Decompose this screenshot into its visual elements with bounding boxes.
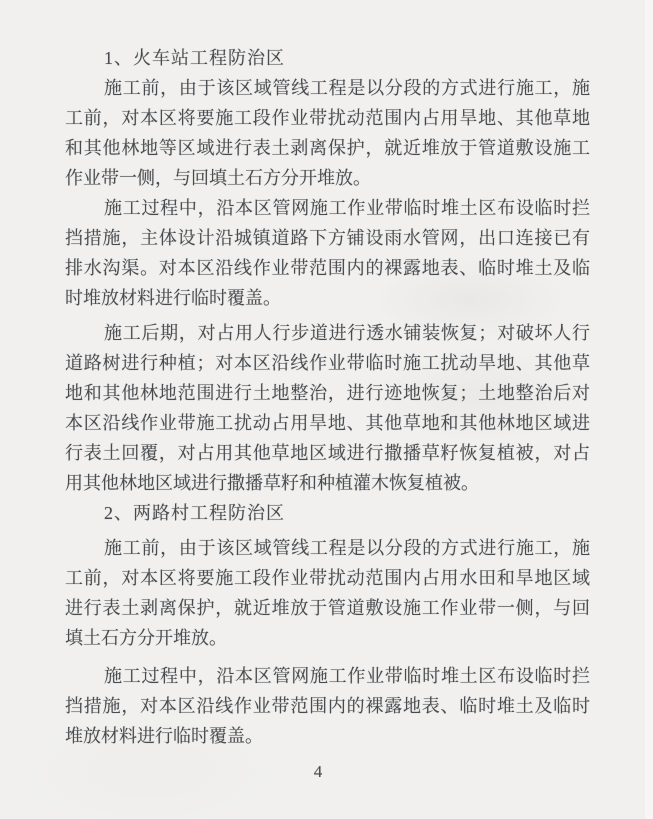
text-line: 堆放材料进行临时覆盖。 [65, 721, 590, 751]
document-page: 1、火车站工程防治区 施工前，由于该区域管线工程是以分段的方式进行施工，施 工前… [0, 0, 653, 819]
text-line: 施工过程中，沿本区管网施工作业带临时堆土区布设临时拦 [65, 661, 590, 691]
scan-edge-strip [645, 0, 653, 819]
text-line: 用其他林地区域进行撒播草籽和种植灌木恢复植被。 [65, 468, 590, 498]
section-heading-2: 2、两路村工程防治区 [65, 498, 590, 528]
text-line: 时堆放材料进行临时覆盖。 [65, 283, 590, 313]
text-line: 施工后期，对占用人行步道进行透水铺装恢复；对破坏人行 [65, 318, 590, 348]
text-line: 本区沿线作业带施工扰动占用旱地、其他草地和其他林地区域进 [65, 408, 590, 438]
text-line: 填土石方分开堆放。 [65, 623, 590, 653]
text-line: 工前，对本区将要施工段作业带扰动范围内占用水田和旱地区域 [65, 563, 590, 593]
text-line: 作业带一侧，与回填土石方分开堆放。 [65, 163, 590, 193]
text-line: 施工前，由于该区域管线工程是以分段的方式进行施工，施 [65, 533, 590, 563]
text-line: 工前，对本区将要施工段作业带扰动范围内占用旱地、其他草地 [65, 103, 590, 133]
paragraph: 施工过程中，沿本区管网施工作业带临时堆土区布设临时拦 挡措施，主体设计沿城镇道路… [65, 193, 590, 313]
text-line: 施工前，由于该区域管线工程是以分段的方式进行施工，施 [65, 73, 590, 103]
paragraph: 施工前，由于该区域管线工程是以分段的方式进行施工，施 工前，对本区将要施工段作业… [65, 533, 590, 653]
text-line: 地和其他林地范围进行土地整治，进行迹地恢复；土地整治后对 [65, 378, 590, 408]
page-number: 4 [0, 762, 636, 782]
paragraph: 施工前，由于该区域管线工程是以分段的方式进行施工，施 工前，对本区将要施工段作业… [65, 73, 590, 193]
paragraph: 施工后期，对占用人行步道进行透水铺装恢复；对破坏人行 道路树进行种植；对本区沿线… [65, 318, 590, 498]
text-line: 进行表土剥离保护，就近堆放于管道敷设施工作业带一侧，与回 [65, 593, 590, 623]
text-line: 挡措施，对本区沿线作业带范围内的裸露地表、临时堆土及临时 [65, 691, 590, 721]
text-line: 施工过程中，沿本区管网施工作业带临时堆土区布设临时拦 [65, 193, 590, 223]
page-content: 1、火车站工程防治区 施工前，由于该区域管线工程是以分段的方式进行施工，施 工前… [65, 43, 590, 751]
text-line: 行表土回覆，对占用其他草地区域进行撒播草籽恢复植被，对占 [65, 438, 590, 468]
text-line: 道路树进行种植；对本区沿线作业带临时施工扰动旱地、其他草 [65, 348, 590, 378]
section-heading-1: 1、火车站工程防治区 [65, 43, 590, 73]
text-line: 挡措施，主体设计沿城镇道路下方铺设雨水管网，出口连接已有 [65, 223, 590, 253]
paragraph: 施工过程中，沿本区管网施工作业带临时堆土区布设临时拦 挡措施，对本区沿线作业带范… [65, 661, 590, 751]
text-line: 排水沟渠。对本区沿线作业带范围内的裸露地表、临时堆土及临 [65, 253, 590, 283]
text-line: 和其他林地等区域进行表土剥离保护，就近堆放于管道敷设施工 [65, 133, 590, 163]
